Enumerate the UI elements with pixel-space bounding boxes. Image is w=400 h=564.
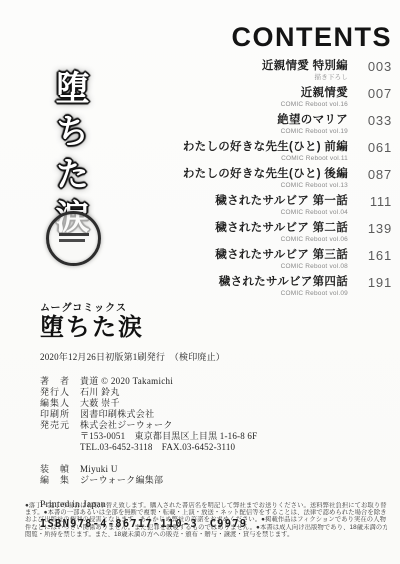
- toc-page-number: 161: [348, 249, 392, 262]
- series-label: ムーグコミックス: [40, 299, 370, 314]
- colophon-rows: 著 者 貴道 © 2020 Takamichi 発行人 石川 鈴丸 編集人 大薮…: [40, 376, 370, 486]
- toc-source: COMIC Reboot vol.11: [183, 155, 348, 163]
- contents-heading: CONTENTS: [232, 22, 393, 53]
- toc-title: 穢されたサルビア 第二話: [215, 222, 348, 235]
- publisher-phone: TEL.03-6452-3118 FAX.03-6452-3110: [80, 442, 370, 453]
- toc-title: 穢されたサルビア第四話: [219, 276, 348, 289]
- toc-page-number: 003: [348, 60, 392, 73]
- colophon-row-author: 著 者 貴道 © 2020 Takamichi: [40, 376, 370, 387]
- toc-title: 穢されたサルビア 第一話: [215, 195, 348, 208]
- toc-page-number: 007: [348, 87, 392, 100]
- toc-row: 近親情愛 特別編 描き下ろし 003: [42, 60, 392, 82]
- credit-row-editing: 編 集 ジーウォーク編集部: [40, 475, 370, 486]
- colophon-page: CONTENTS 近親情愛 特別編 描き下ろし 003 近親情愛 COMIC R…: [0, 0, 400, 564]
- toc-source: 描き下ろし: [262, 74, 348, 82]
- toc-source: COMIC Reboot vol.19: [277, 128, 348, 136]
- toc-title: 穢されたサルビア 第三話: [215, 249, 348, 262]
- toc-source: COMIC Reboot vol.04: [215, 209, 348, 217]
- credits-block: 装 幀 Miyuki U 編 集 ジーウォーク編集部: [40, 464, 370, 486]
- book-title: 堕ちた涙: [40, 315, 370, 341]
- toc-page-number: 033: [348, 114, 392, 127]
- legal-line: 件などにはいっさい関係ありません。また犯罪を教唆するものではありません。●本書は…: [25, 524, 387, 531]
- toc-row: 穢されたサルビア第四話 COMIC Reboot vol.09 191: [42, 276, 392, 298]
- toc-page-number: 061: [348, 141, 392, 154]
- toc-source: COMIC Reboot vol.16: [281, 101, 348, 109]
- toc-row: 絶望のマリア COMIC Reboot vol.19 033: [42, 114, 392, 136]
- colophon-block: ムーグコミックス 堕ちた涙 2020年12月26日初版第1刷発行 （検印廃止） …: [40, 299, 370, 531]
- table-of-contents: 近親情愛 特別編 描き下ろし 003 近親情愛 COMIC Reboot vol…: [42, 60, 392, 303]
- credit-row-design: 装 幀 Miyuki U: [40, 464, 370, 475]
- toc-source: COMIC Reboot vol.08: [215, 263, 348, 271]
- toc-row: 近親情愛 COMIC Reboot vol.16 007: [42, 87, 392, 109]
- publisher-seal-icon: [46, 211, 101, 266]
- toc-page-number: 191: [348, 276, 392, 289]
- toc-source: COMIC Reboot vol.06: [215, 236, 348, 244]
- toc-title: 絶望のマリア: [277, 114, 348, 127]
- toc-row: わたしの好きな先生(ひと) 前編 COMIC Reboot vol.11 061: [42, 141, 392, 163]
- toc-source: COMIC Reboot vol.09: [219, 290, 348, 298]
- legal-line: および出版社の権利の侵害となります。あらかじめ弊社の許諾をお求めください。●掲載…: [25, 516, 387, 523]
- toc-row: 穢されたサルビア 第一話 COMIC Reboot vol.04 111: [42, 195, 392, 217]
- toc-row: わたしの好きな先生(ひと) 後編 COMIC Reboot vol.13 087: [42, 168, 392, 190]
- toc-page-number: 139: [348, 222, 392, 235]
- toc-title: わたしの好きな先生(ひと) 前編: [183, 141, 348, 154]
- colophon-row-printer: 印刷所 図書印刷株式会社: [40, 409, 370, 420]
- colophon-row-publisher-person: 発行人 石川 鈴丸: [40, 387, 370, 398]
- legal-line: ます。●本書の一部あるいは全部を無断で複製・転載・上演・放送・ネット配信等をする…: [25, 509, 387, 516]
- colophon-row-distributor: 発売元 株式会社ジーウォーク: [40, 420, 370, 431]
- publisher-address: 〒153-0051 東京都目黒区上目黒 1-16-8 6F: [80, 431, 370, 442]
- toc-title: わたしの好きな先生(ひと) 後編: [183, 168, 348, 181]
- legal-fine-print: ●落丁・乱丁の場合はお取り替え致します。購入された書店名を明記して弊社までお送り…: [25, 502, 387, 538]
- toc-source: COMIC Reboot vol.13: [183, 182, 348, 190]
- toc-page-number: 087: [348, 168, 392, 181]
- toc-page-number: 111: [348, 195, 392, 208]
- toc-title: 近親情愛 特別編: [262, 60, 348, 73]
- legal-line: 閲覧・所持を禁じます。また、18歳未満の方への販売・頒布・贈与・譲渡・貸与を禁じ…: [25, 531, 387, 538]
- toc-title: 近親情愛: [281, 87, 348, 100]
- colophon-row-editor: 編集人 大薮 崇千: [40, 398, 370, 409]
- edition-line: 2020年12月26日初版第1刷発行 （検印廃止）: [40, 350, 370, 363]
- legal-line: ●落丁・乱丁の場合はお取り替え致します。購入された書店名を明記して弊社までお送り…: [25, 502, 387, 509]
